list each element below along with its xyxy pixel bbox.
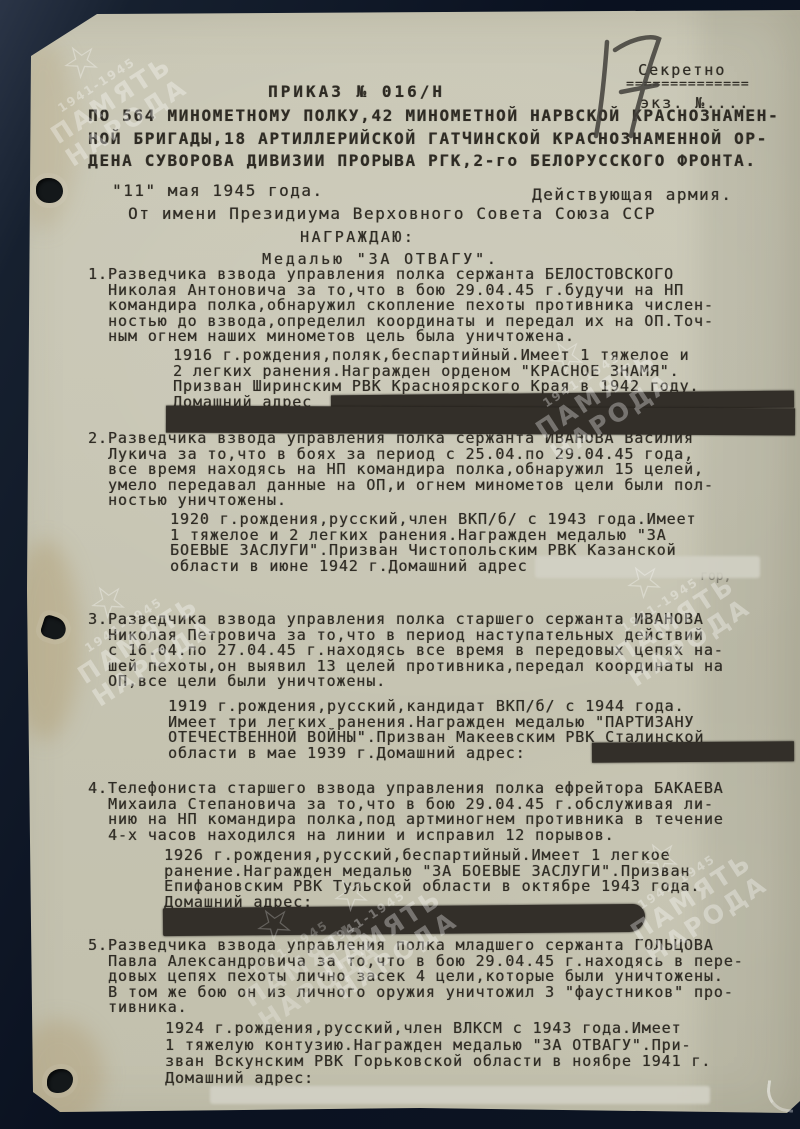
redaction-bar-item4 bbox=[163, 904, 645, 936]
award-item-4-bio: 1926 г.рождения,русский,беспартийный.Име… bbox=[164, 848, 700, 910]
award-item-1-citation: 1.Разведчика взвода управления полка сер… bbox=[88, 267, 800, 345]
award-item-3-citation: 3.Разведчика взвода управления полка ста… bbox=[88, 612, 800, 690]
redaction-bar-item3 bbox=[592, 741, 794, 762]
award-item-2-citation: 2.Разведчика взвода управления полка сер… bbox=[88, 431, 800, 509]
paper-stain bbox=[10, 540, 80, 740]
erased-address-item2 bbox=[535, 556, 760, 578]
award-heading: НАГРАЖДАЮ: bbox=[300, 228, 415, 246]
award-item-5-bio: 1924 г.рождения,русский,член ВЛКСМ с 194… bbox=[165, 1020, 711, 1086]
preamble-line: От имени Президиума Верховного Совета Со… bbox=[128, 204, 656, 223]
award-item-4-citation: 4.Телефониста старшего взвода управления… bbox=[88, 781, 800, 843]
army-in-field-note: Действующая армия. bbox=[532, 185, 732, 204]
erased-address-item5 bbox=[210, 1086, 710, 1104]
redaction-bar-item1-b bbox=[166, 406, 795, 436]
order-title: ПРИКАЗ № 016/Н bbox=[268, 82, 445, 101]
handwritten-page-number bbox=[575, 28, 685, 148]
punch-hole-top bbox=[36, 178, 63, 203]
order-date: "11" мая 1945 года. bbox=[112, 181, 324, 200]
scanned-document: Секретно ============== экз. №.... ПРИКА… bbox=[0, 0, 800, 1129]
award-item-5-citation: 5.Разведчика взвода управления полка мла… bbox=[88, 938, 800, 1016]
